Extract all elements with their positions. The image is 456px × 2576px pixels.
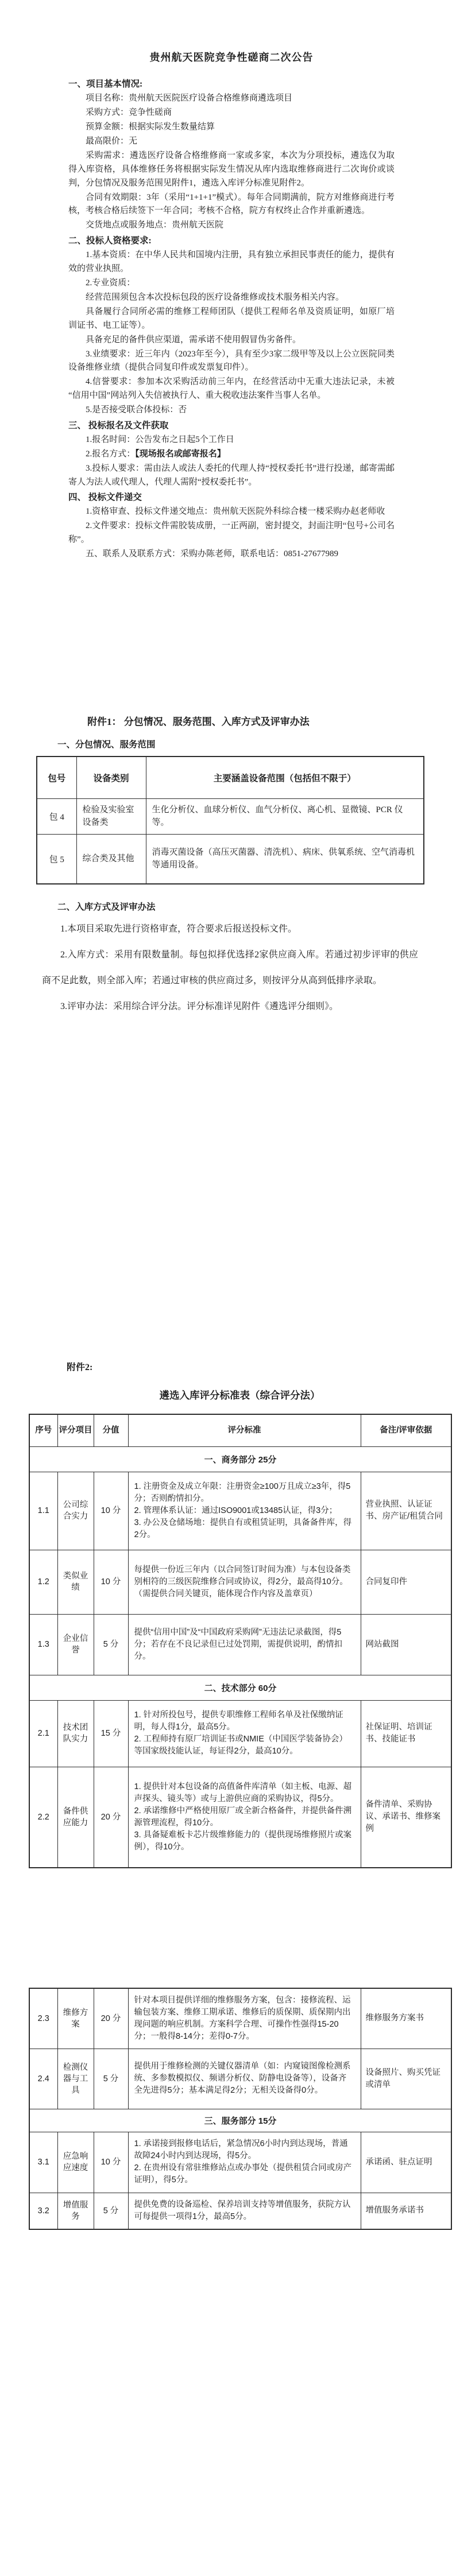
row-criteria: 提供“信用中国”及“中国政府采购网”无违法记录截图，得5分；若存在不良记录但已过… [128,1614,361,1675]
row-criteria: 1. 注册资金及成立年限：注册资金≥100万且成立≥3年，得5分；否则酌情扣分。… [128,1472,361,1550]
notice-section: 贵州航天医院竞争性磋商二次公告 一、项目基本情况: 项目名称：贵州航天医院医疗设… [68,51,395,562]
row-no: 1.2 [29,1550,57,1614]
row-criteria: 1. 针对所投包号，提供专职维修工程师名单及社保缴纳证明，每人得1分，最高5分。… [128,1700,361,1767]
package-table-header: 包号 设备类别 主要涵盖设备范围（包括但不限于） [37,756,424,798]
row-basis: 设备照片、购买凭证或清单 [361,2049,451,2109]
engineer-team-requirement: 具备履行合同所必需的维修工程师团队（提供工程师名单及资质证明，如原厂培训证书、电… [68,305,395,332]
band-service: 三、服务部分 15分 [29,2109,451,2132]
bidder-requirement: 3.投标人要求：需由法人或法人委托的代理人持“授权委托书”进行投递，邮寄需邮寄人… [68,462,395,489]
row-score: 5 分 [94,1614,128,1675]
review-step-2: 2.入库方式：采用有限数量制。每包拟择优选择2家供应商入库。若通过初步评审的供应… [42,942,418,994]
band-technical: 二、技术部分 60分 [29,1675,451,1700]
package-no: 包 5 [37,834,76,884]
col-criteria: 评分标准 [128,1414,361,1446]
row-item: 技术团队实力 [57,1700,94,1767]
row-basis: 网站截图 [361,1614,451,1675]
contract-term: 合同有效期限：3年（采用“1+1+1”模式）。每年合同期满前，院方对维修商进行考… [68,191,395,218]
section-heading-2: 二、投标人资格要求: [68,234,395,248]
attachment1-sub1: 一、分包情况、服务范围 [57,738,423,750]
qualification-basic: 1.基本资质：在中华人民共和国境内注册，具有独立承担民事责任的能力，提供有效的营… [68,249,395,276]
attachment1-section: 附件1： 分包情况、服务范围、入库方式及评审办法 一、分包情况、服务范围 包号 … [36,715,423,1019]
score-table-part2-wrap: 2.3 维修方案 20 分 针对本项目提供详细的维修服务方案，包含：接修流程、运… [29,1988,451,2230]
procurement-demand: 采购需求：遴选医疗设备合格维修商一家或多家，本次为分项投标，遴选仅为取得入库资格… [68,149,395,190]
row-no: 2.4 [29,2049,57,2109]
review-step-1: 1.本项目采取先进行资格审查，符合要求后报送投标文件。 [42,916,418,942]
performance-requirement: 3.业绩要求：近三年内（2023年至今），具有至少3家二级甲等及以上公立医院同类… [68,348,395,375]
row-item: 应急响应速度 [57,2132,94,2193]
band-business-label: 一、商务部分 25分 [29,1446,451,1472]
score-row-1-3: 1.3 企业信誉 5 分 提供“信用中国”及“中国政府采购网”无违法记录截图，得… [29,1614,451,1675]
row-no: 3.1 [29,2132,57,2193]
row-basis: 社保证明、培训证书、技能证书 [361,1700,451,1767]
contact-info: 五、联系人及联系方式：采购办陈老师，联系电话：0851-27677989 [68,548,395,561]
attachment2-label: 附件2: [67,1361,451,1374]
review-method-paragraphs: 1.本项目采取先进行资格审查，符合要求后报送投标文件。 2.入库方式：采用有限数… [42,916,418,1019]
section-heading-3: 三、 投标报名及文件获取 [68,419,395,433]
row-item: 增值服务 [57,2193,94,2229]
score-row-2-3: 2.3 维修方案 20 分 针对本项目提供详细的维修服务方案，包含：接修流程、运… [29,1988,451,2049]
table-row: 包 5 综合类及其他 消毒灭菌设备（高压灭菌器、清洗机）、病床、供氧系统、空气消… [37,834,424,884]
row-basis: 承诺函、驻点证明 [361,2132,451,2193]
row-item: 公司综合实力 [57,1472,94,1550]
qualification-professional: 2.专业资质： [68,277,395,290]
consortium-bid: 5.是否接受联合体投标：否 [68,404,395,417]
attachment1-heading: 附件1： 分包情况、服务范围、入库方式及评审办法 [87,715,423,729]
row-no: 2.1 [29,1700,57,1767]
attachment1-sub2: 二、入库方式及评审办法 [57,900,423,913]
score-row-2-1: 2.1 技术团队实力 15 分 1. 针对所投包号，提供专职维修工程师名单及社保… [29,1700,451,1767]
device-category: 检验及实验室设备类 [76,798,146,834]
row-no: 1.1 [29,1472,57,1550]
signup-method-label: 2.报名方式： [86,449,135,459]
page-title: 贵州航天医院竞争性磋商二次公告 [68,51,395,64]
col-package-no: 包号 [37,756,76,798]
row-item: 企业信誉 [57,1614,94,1675]
row-score: 10 分 [94,2132,128,2193]
row-score: 10 分 [94,1550,128,1614]
row-basis: 营业执照、认证证书、房产证/租赁合同 [361,1472,451,1550]
row-score: 15 分 [94,1700,128,1767]
row-basis: 合同复印件 [361,1550,451,1614]
row-criteria: 1. 承诺接到报修电话后，紧急情况6小时内到达现场，普通故障24小时内到达现场，… [128,2132,361,2193]
score-row-3-1: 3.1 应急响应速度 10 分 1. 承诺接到报修电话后，紧急情况6小时内到达现… [29,2132,451,2193]
project-name: 项目名称：贵州航天医院医疗设备合格维修商遴选项目 [68,92,395,106]
score-table-title: 遴选入库评分标准表（综合评分法） [29,1388,451,1402]
col-seq: 序号 [29,1414,57,1446]
scope-requirement: 经营范围须包含本次投标包段的医疗设备维修或技术服务相关内容。 [68,291,395,305]
row-criteria: 每提供一份近三年内（以合同签订时间为准）与本包设备类别相符的三级医院维修合同或协… [128,1550,361,1614]
row-score: 20 分 [94,1767,128,1868]
row-score: 10 分 [94,1472,128,1550]
attachment2-section: 附件2: 遴选入库评分标准表（综合评分法） 序号 评分项目 分值 评分标准 备注… [29,1361,451,1868]
table-row: 包 4 检验及实验室设备类 生化分析仪、血球分析仪、血气分析仪、离心机、显微镜、… [37,798,424,834]
signup-method: 2.报名方式：【现场报名或邮寄报名】 [68,448,395,461]
signup-method-value: 【现场报名或邮寄报名】 [135,449,226,459]
row-item: 类似业绩 [57,1550,94,1614]
score-row-2-2: 2.2 备件供应能力 20 分 1. 提供针对本包设备的高值备件库清单（如主板、… [29,1767,451,1868]
row-basis: 增值服务承诺书 [361,2193,451,2229]
row-score: 5 分 [94,2193,128,2229]
row-item: 检测仪器与工具 [57,2049,94,2109]
score-table-part1-wrap: 序号 评分项目 分值 评分标准 备注/评审依据 一、商务部分 25分 1.1 公… [29,1414,451,1868]
col-device-category: 设备类别 [76,756,146,798]
row-criteria: 1. 提供针对本包设备的高值备件库清单（如主板、电源、超声探头、镜头等）或与上游… [128,1767,361,1868]
score-table-header: 序号 评分项目 分值 评分标准 备注/评审依据 [29,1414,451,1446]
col-item: 评分项目 [57,1414,94,1446]
row-score: 5 分 [94,2049,128,2109]
score-table-part1: 序号 评分项目 分值 评分标准 备注/评审依据 一、商务部分 25分 1.1 公… [29,1414,452,1868]
credit-requirement: 4.信誉要求：参加本次采购活动前三年内，在经营活动中无重大违法记录，未被“信用中… [68,375,395,402]
procurement-method: 采购方式：竞争性磋商 [68,106,395,120]
device-scope: 消毒灭菌设备（高压灭菌器、清洗机）、病床、供氧系统、空气消毒机等通用设备。 [146,834,424,884]
budget-amount: 预算金额：根据实际发生数量结算 [68,121,395,134]
score-row-1-2: 1.2 类似业绩 10 分 每提供一份近三年内（以合同签订时间为准）与本包设备类… [29,1550,451,1614]
row-criteria: 提供免费的设备巡检、保养培训支持等增值服务，获院方认可每提供一项得1分，最高5分… [128,2193,361,2229]
row-criteria: 针对本项目提供详细的维修服务方案，包含：接修流程、运输包装方案、维修工期承诺、维… [128,1988,361,2049]
spare-parts-requirement: 具备充足的备件供应渠道，需承诺不使用假冒伪劣备件。 [68,333,395,347]
col-device-scope: 主要涵盖设备范围（包括但不限于） [146,756,424,798]
section-heading-4: 四、 投标文件递交 [68,491,395,505]
device-category: 综合类及其他 [76,834,146,884]
document-requirement: 2.文件要求：投标文件需胶装成册，一正两副，密封提交，封面注明“包号+公司名称”… [68,519,395,546]
document-page: 贵州航天医院竞争性磋商二次公告 一、项目基本情况: 项目名称：贵州航天医院医疗设… [0,0,456,2576]
row-no: 2.2 [29,1767,57,1868]
band-business: 一、商务部分 25分 [29,1446,451,1472]
signup-time: 1.报名时间：公告发布之日起5个工作日 [68,433,395,447]
row-no: 3.2 [29,2193,57,2229]
row-no: 1.3 [29,1614,57,1675]
row-basis: 备件清单、采购协议、承诺书、维修案例 [361,1767,451,1868]
package-no: 包 4 [37,798,76,834]
delivery-place: 交货地点或服务地点：贵州航天医院 [68,219,395,232]
col-basis: 备注/评审依据 [361,1414,451,1446]
row-basis: 维修服务方案书 [361,1988,451,2049]
band-service-label: 三、服务部分 15分 [29,2109,451,2132]
row-item: 备件供应能力 [57,1767,94,1868]
score-row-1-1: 1.1 公司综合实力 10 分 1. 注册资金及成立年限：注册资金≥100万且成… [29,1472,451,1550]
col-score: 分值 [94,1414,128,1446]
band-technical-label: 二、技术部分 60分 [29,1675,451,1700]
package-table: 包号 设备类别 主要涵盖设备范围（包括但不限于） 包 4 检验及实验室设备类 生… [36,756,424,884]
row-item: 维修方案 [57,1988,94,2049]
row-criteria: 提供用于维修检测的关键仪器清单（如：内窥镜图像检测系统、多参数模拟仪、频谱分析仪… [128,2049,361,2109]
row-no: 2.3 [29,1988,57,2049]
row-score: 20 分 [94,1988,128,2049]
price-cap: 最高限价：无 [68,135,395,149]
section-heading-1: 一、项目基本情况: [68,77,395,91]
device-scope: 生化分析仪、血球分析仪、血气分析仪、离心机、显微镜、PCR 仪等。 [146,798,424,834]
score-row-2-4: 2.4 检测仪器与工具 5 分 提供用于维修检测的关键仪器清单（如：内窥镜图像检… [29,2049,451,2109]
score-table-part2: 2.3 维修方案 20 分 针对本项目提供详细的维修服务方案，包含：接修流程、运… [29,1988,452,2230]
score-row-3-2: 3.2 增值服务 5 分 提供免费的设备巡检、保养培训支持等增值服务，获院方认可… [29,2193,451,2229]
review-step-3: 3.评审办法：采用综合评分法。评分标准详见附件《遴选评分细则》。 [42,994,418,1019]
submission-place: 1.资格审查、投标文件递交地点：贵州航天医院外科综合楼一楼采购办赵老师收 [68,505,395,519]
